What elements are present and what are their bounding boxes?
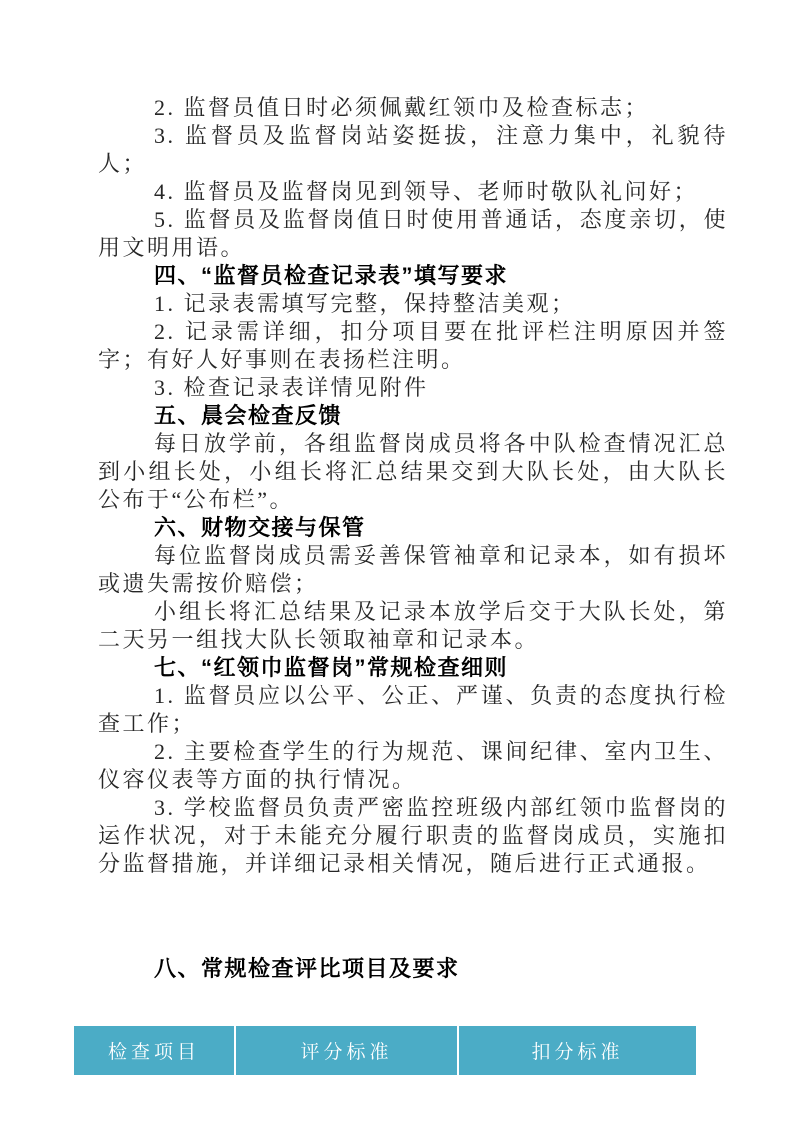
- list-item-duty-2: 2. 监督员值日时必须佩戴红领巾及检查标志；: [98, 94, 728, 122]
- paragraph-property-1: 每位监督岗成员需妥善保管袖章和记录本，如有损坏或遗失需按价赔偿；: [98, 542, 728, 598]
- table-header-deduction-standard: 扣分标准: [457, 1026, 696, 1075]
- list-item-duty-4: 4. 监督员及监督岗见到领导、老师时敬队礼问好；: [98, 178, 728, 206]
- list-item-record-2: 2. 记录需详细，扣分项目要在批评栏注明原因并签字；有好人好事则在表扬栏注明。: [98, 318, 728, 374]
- list-item-record-3: 3. 检查记录表详情见附件: [98, 374, 728, 402]
- section-heading-5: 五、晨会检查反馈: [98, 402, 728, 430]
- list-item-duty-5: 5. 监督员及监督岗值日时使用普通话，态度亲切，使用文明用语。: [98, 206, 728, 262]
- list-item-rule-1: 1. 监督员应以公平、公正、严谨、负责的态度执行检查工作；: [98, 682, 728, 738]
- list-item-record-1: 1. 记录表需填写完整，保持整洁美观；: [98, 290, 728, 318]
- list-item-duty-3: 3. 监督员及监督岗站姿挺拔，注意力集中，礼貌待人；: [98, 122, 728, 178]
- document-body: 2. 监督员值日时必须佩戴红领巾及检查标志； 3. 监督员及监督岗站姿挺拔，注意…: [98, 94, 728, 878]
- table-header-inspection-item: 检查项目: [74, 1026, 234, 1075]
- evaluation-table-header-row: 检查项目 评分标准 扣分标准: [74, 1026, 696, 1075]
- table-header-scoring-standard: 评分标准: [234, 1026, 457, 1075]
- section-heading-8: 八、常规检查评比项目及要求: [98, 955, 728, 983]
- section-heading-7: 七、“红领巾监督岗”常规检查细则: [98, 654, 728, 682]
- paragraph-feedback: 每日放学前，各组监督岗成员将各中队检查情况汇总到小组长处，小组长将汇总结果交到大…: [98, 430, 728, 514]
- section-heading-4: 四、“监督员检查记录表”填写要求: [98, 262, 728, 290]
- list-item-rule-3: 3. 学校监督员负责严密监控班级内部红领巾监督岗的运作状况，对于未能充分履行职责…: [98, 794, 728, 878]
- list-item-rule-2: 2. 主要检查学生的行为规范、课间纪律、室内卫生、仪容仪表等方面的执行情况。: [98, 738, 728, 794]
- paragraph-property-2: 小组长将汇总结果及记录本放学后交于大队长处，第二天另一组找大队长领取袖章和记录本…: [98, 598, 728, 654]
- document-page: 2. 监督员值日时必须佩戴红领巾及检查标志； 3. 监督员及监督岗站姿挺拔，注意…: [0, 0, 793, 1122]
- section-heading-6: 六、财物交接与保管: [98, 514, 728, 542]
